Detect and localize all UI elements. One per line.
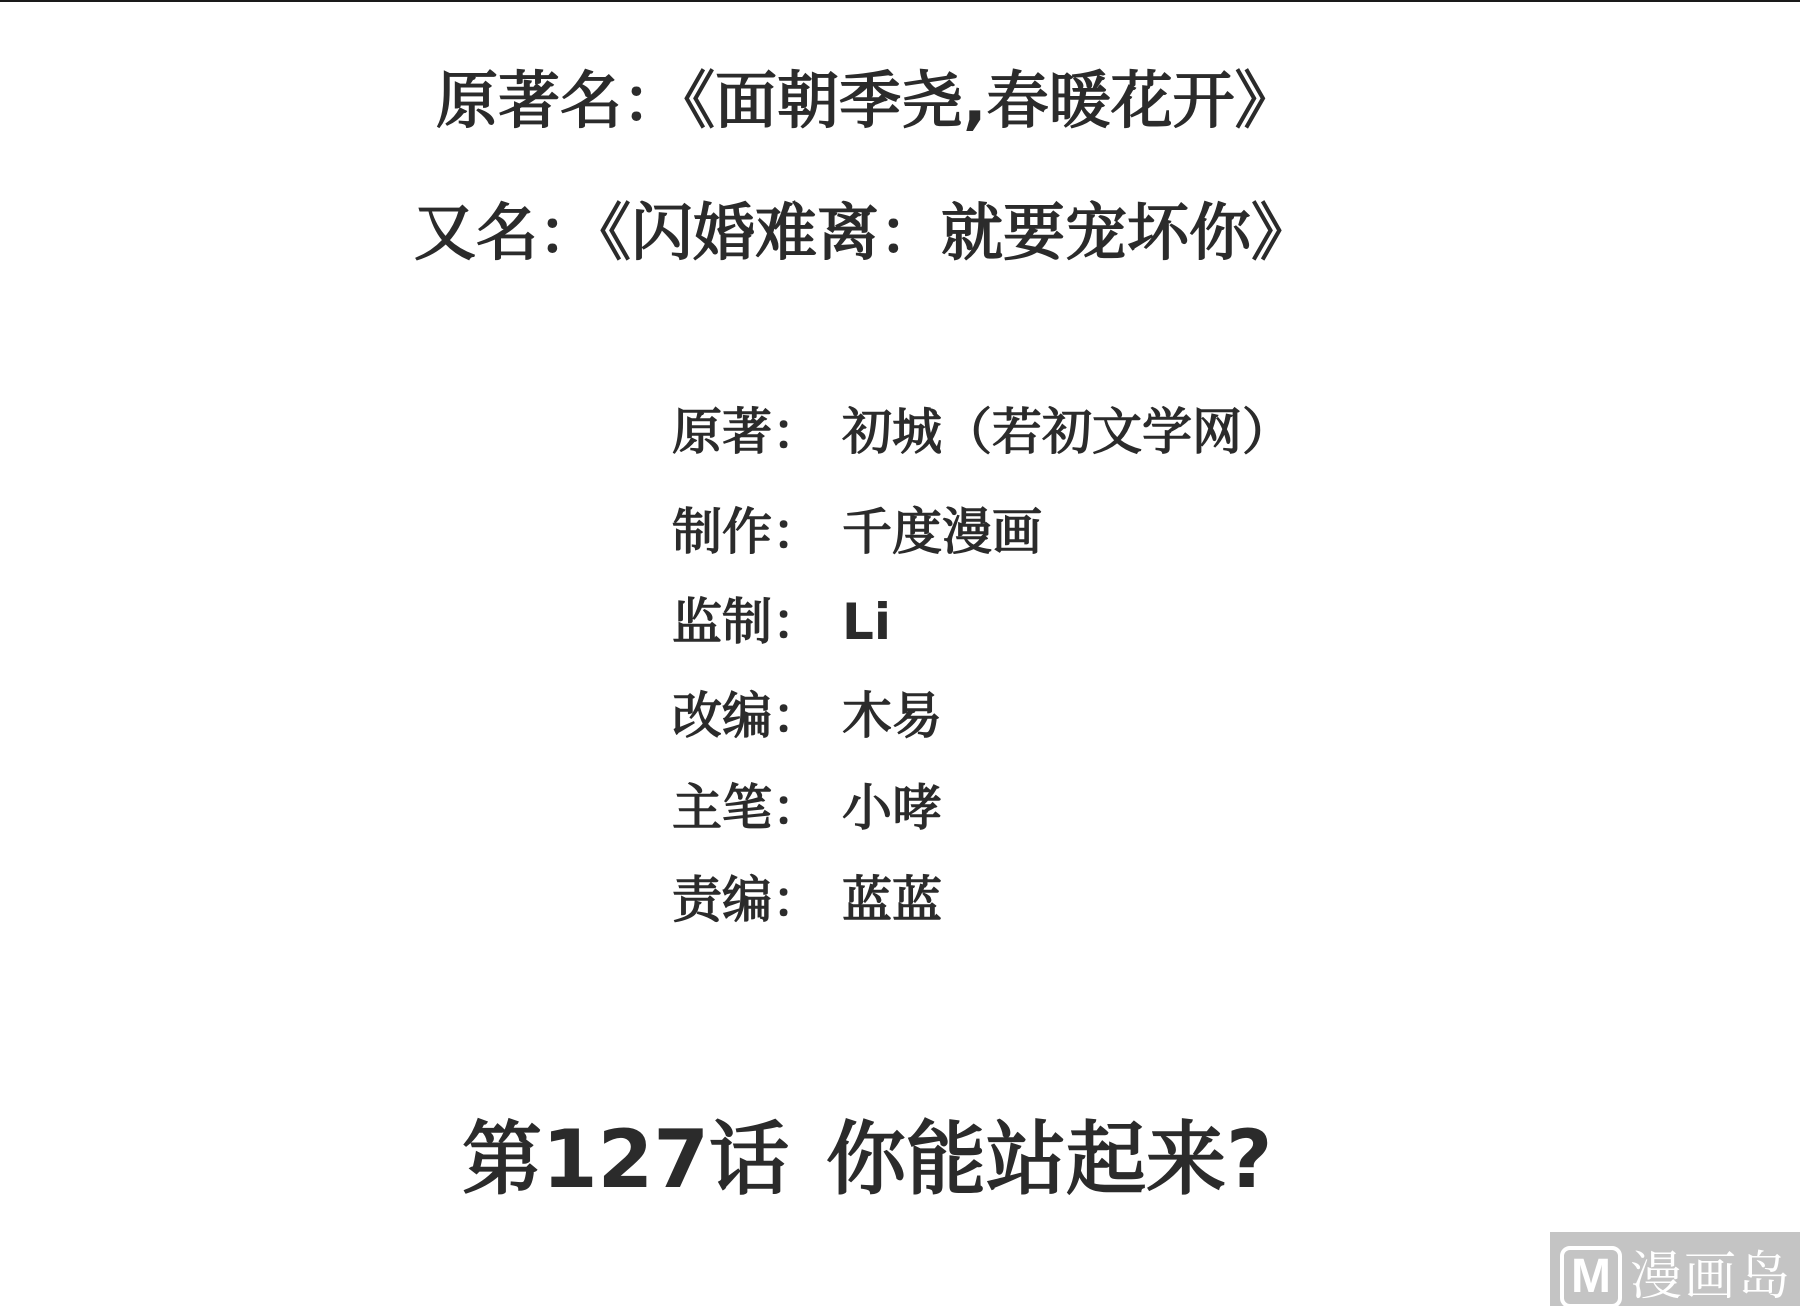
- credit-row-lead-artist: 主笔： 小哮: [672, 778, 942, 838]
- alternate-title-value: 《闪婚难离：就要宠坏你》: [600, 196, 1313, 269]
- credit-name: 千度漫画: [842, 502, 1042, 562]
- alternate-title-label: 又名：: [414, 196, 600, 269]
- chapter-number: 第127话: [462, 1112, 789, 1208]
- watermark-text: 漫画岛: [1630, 1247, 1792, 1306]
- credit-role: 改编：: [672, 686, 842, 746]
- credit-row-adaptation: 改编： 木易: [672, 686, 942, 746]
- original-title-label: 原著名：: [436, 64, 684, 137]
- credit-row-production: 制作： 千度漫画: [672, 502, 1042, 562]
- top-border-line: [0, 0, 1800, 2]
- watermark-logo-icon: M: [1560, 1246, 1622, 1306]
- alternate-title-line: 又名：《闪婚难离：就要宠坏你》: [414, 198, 1382, 268]
- original-title-value: 《面朝季尧,春暖花开》: [684, 64, 1297, 137]
- credit-name: Li: [842, 592, 891, 652]
- chapter-title: 你能站起来?: [826, 1112, 1272, 1208]
- credit-role: 责编：: [672, 870, 842, 930]
- original-title-line: 原著名：《面朝季尧,春暖花开》: [436, 66, 1356, 136]
- watermark: M 漫画岛: [1550, 1232, 1800, 1306]
- credit-role: 主笔：: [672, 778, 842, 838]
- credit-row-author: 原著： 初城（若初文学网）: [672, 402, 1292, 462]
- credit-name: 小哮: [842, 778, 942, 838]
- credit-role: 制作：: [672, 502, 842, 562]
- credit-row-editor: 责编： 蓝蓝: [672, 870, 942, 930]
- credit-name: 初城（若初文学网）: [842, 402, 1292, 462]
- credit-name: 蓝蓝: [842, 870, 942, 930]
- credit-role: 原著：: [672, 402, 842, 462]
- credit-name: 木易: [842, 686, 942, 746]
- credit-role: 监制：: [672, 592, 842, 652]
- credit-row-supervisor: 监制： Li: [672, 592, 891, 652]
